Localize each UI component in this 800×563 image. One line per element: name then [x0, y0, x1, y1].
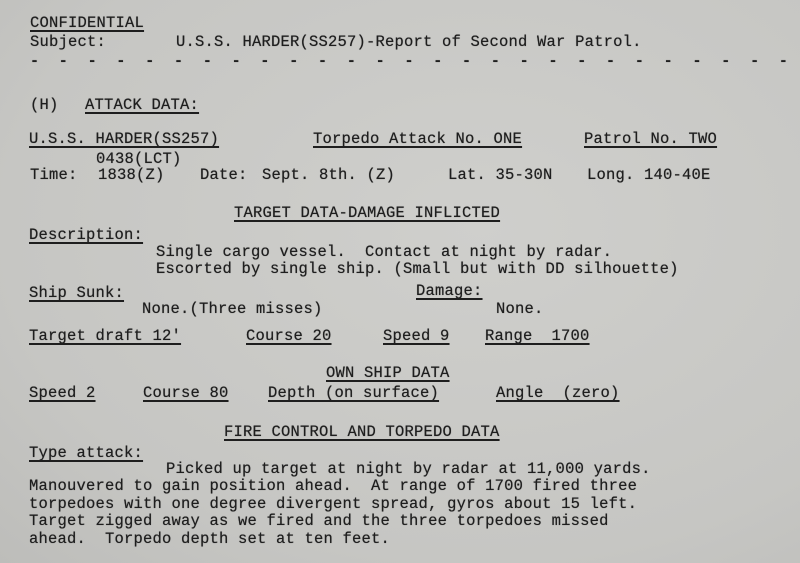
section-title: ATTACK DATA: — [85, 96, 199, 114]
fire-control-line-1: Picked up target at night by radar at 11… — [166, 460, 651, 478]
latitude: Lat. 35-30N — [448, 166, 553, 184]
torpedo-attack-number: Torpedo Attack No. ONE — [313, 130, 522, 148]
description-line-2: Escorted by single ship. (Small but with… — [156, 260, 679, 278]
type-attack-label: Type attack: — [29, 444, 143, 462]
description-label: Description: — [29, 226, 143, 244]
fire-control-line-2: Manouvered to gain position ahead. At ra… — [29, 477, 637, 495]
section-marker: (H) — [30, 96, 59, 114]
own-course: Course 80 — [143, 384, 229, 402]
document-page: CONFIDENTIAL Subject: U.S.S. HARDER(SS25… — [0, 0, 800, 563]
target-course: Course 20 — [246, 327, 332, 345]
time-value: 1838(Z) — [98, 166, 165, 184]
damage-label: Damage: — [416, 282, 483, 300]
ship-sunk-label: Ship Sunk: — [29, 284, 124, 302]
own-angle: Angle (zero) — [496, 384, 620, 402]
date-label: Date: — [200, 166, 248, 184]
fire-control-line-3: torpedoes with one degree divergent spre… — [29, 495, 637, 513]
fire-control-line-5: ahead. Torpedo depth set at ten feet. — [29, 530, 390, 548]
damage-value: None. — [496, 300, 544, 318]
own-speed: Speed 2 — [29, 384, 96, 402]
separator-line: - - - - - - - - - - - - - - - - - - - - … — [30, 53, 800, 70]
own-ship-heading: OWN SHIP DATA — [326, 364, 450, 382]
target-draft: Target draft 12' — [29, 327, 181, 345]
subject-text: U.S.S. HARDER(SS257)-Report of Second Wa… — [176, 33, 642, 51]
target-data-heading: TARGET DATA-DAMAGE INFLICTED — [234, 204, 500, 222]
date-value: Sept. 8th. (Z) — [262, 166, 395, 184]
own-depth: Depth (on surface) — [268, 384, 439, 402]
subject-label: Subject: — [30, 33, 106, 51]
time-label: Time: — [30, 166, 78, 184]
ship-name: U.S.S. HARDER(SS257) — [29, 130, 219, 148]
patrol-number: Patrol No. TWO — [584, 130, 717, 148]
fire-control-line-4: Target zigged away as we fired and the t… — [29, 512, 609, 530]
description-line-1: Single cargo vessel. Contact at night by… — [156, 243, 612, 261]
target-speed: Speed 9 — [383, 327, 450, 345]
ship-sunk-value: None.(Three misses) — [142, 300, 323, 318]
classification-label: CONFIDENTIAL — [30, 14, 144, 32]
target-range: Range 1700 — [485, 327, 590, 345]
fire-control-heading: FIRE CONTROL AND TORPEDO DATA — [224, 423, 500, 441]
longitude: Long. 140-40E — [587, 166, 711, 184]
